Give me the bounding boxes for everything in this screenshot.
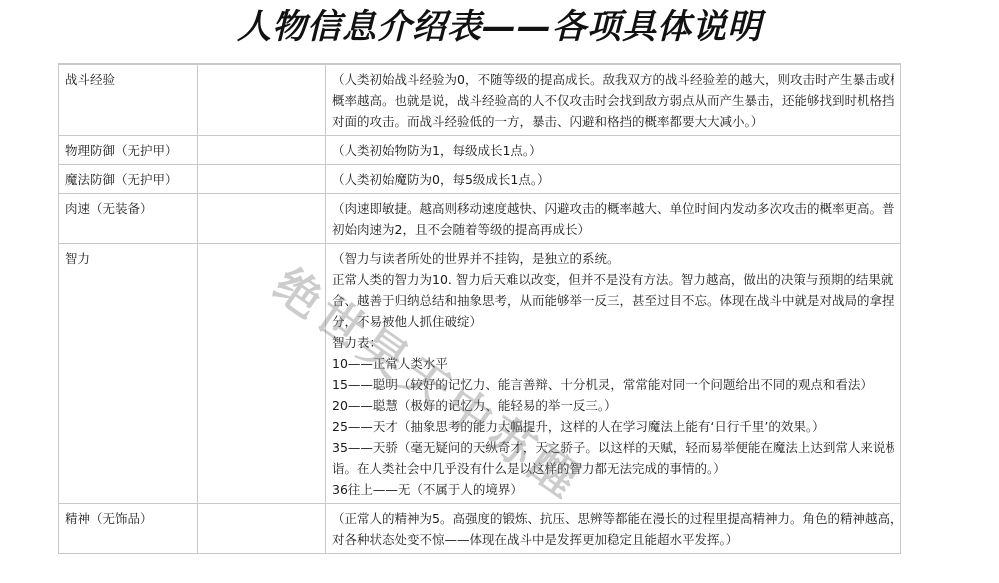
attribute-description: （智力与读者所处的世界并不挂钩，是独立的系统。 正常人类的智力为10. 智力后天… [326, 244, 901, 504]
description-line: 正常人类的智力为10. 智力后天难以改变，但并不是没有方法。智力越高，做出的决策… [332, 269, 894, 290]
intelligence-level-35: 35——天骄（毫无疑问的天纵奇才，天之骄子。以这样的天赋，轻而易举便能在魔法上达… [332, 437, 894, 458]
table-row-intelligence: 智力 （智力与读者所处的世界并不挂钩，是独立的系统。 正常人类的智力为10. 智… [59, 244, 901, 504]
table-row-combat-experience: 战斗经验 （人类初始战斗经验为0，不随等级的提高成长。敌我双方的战斗经验差的越大… [59, 65, 901, 136]
document-title: 人物信息介绍表——各项具体说明 [0, 2, 999, 52]
description-line: 概率越高。也就是说，战斗经验高的人不仅攻击时会找到敌方弱点从而产生暴击，还能够找… [332, 90, 894, 111]
attribute-table: 战斗经验 （人类初始战斗经验为0，不随等级的提高成长。敌我双方的战斗经验差的越大… [58, 63, 901, 554]
description-line: （人类初始魔防为0，每5级成长1点。） [332, 169, 894, 190]
attribute-name: 精神（无饰品） [59, 504, 198, 554]
intelligence-level-10: 10——正常人类水平 [332, 353, 894, 374]
description-line: 分，不易被他人抓住破绽） [332, 311, 894, 332]
attribute-name: 魔法防御（无护甲） [59, 165, 198, 194]
attribute-name: 智力 [59, 244, 198, 504]
attribute-name: 物理防御（无护甲） [59, 136, 198, 165]
table-row-magic-defense: 魔法防御（无护甲） （人类初始魔防为0，每5级成长1点。） [59, 165, 901, 194]
description-line: （人类初始战斗经验为0，不随等级的提高成长。敌我双方的战斗经验差的越大，则攻击时… [332, 69, 894, 90]
attribute-value [198, 504, 326, 554]
description-line: （正常人的精神为5。高强度的锻炼、抗压、思辨等都能在漫长的过程里提高精神力。角色… [332, 508, 894, 529]
attribute-description: （肉速即敏捷。越高则移动速度越快、闪避攻击的概率越大、单位时间内发动多次攻击的概… [326, 194, 901, 244]
intelligence-level-35-cont: 诣。在人类社会中几乎没有什么是以这样的智力都无法完成的事情的。） [332, 458, 894, 479]
table-row-speed: 肉速（无装备） （肉速即敏捷。越高则移动速度越快、闪避攻击的概率越大、单位时间内… [59, 194, 901, 244]
description-line: 对各种状态处变不惊——体现在战斗中是发挥更加稳定且能超水平发挥。） [332, 529, 894, 550]
attribute-value [198, 65, 326, 136]
description-line: 初始肉速为2，且不会随着等级的提高再成长） [332, 219, 894, 240]
description-line: （肉速即敏捷。越高则移动速度越快、闪避攻击的概率越大、单位时间内发动多次攻击的概… [332, 198, 894, 219]
table-row-spirit: 精神（无饰品） （正常人的精神为5。高强度的锻炼、抗压、思辨等都能在漫长的过程里… [59, 504, 901, 554]
table-row-physical-defense: 物理防御（无护甲） （人类初始物防为1，每级成长1点。） [59, 136, 901, 165]
attribute-description: （人类初始魔防为0，每5级成长1点。） [326, 165, 901, 194]
description-line: （人类初始物防为1，每级成长1点。） [332, 140, 894, 161]
attribute-description: （人类初始战斗经验为0，不随等级的提高成长。敌我双方的战斗经验差的越大，则攻击时… [326, 65, 901, 136]
attribute-name: 战斗经验 [59, 65, 198, 136]
attribute-name: 肉速（无装备） [59, 194, 198, 244]
intelligence-table-heading: 智力表： [332, 332, 894, 353]
intelligence-level-20: 20——聪慧（极好的记忆力、能轻易的举一反三。） [332, 395, 894, 416]
description-line: 对面的攻击。而战斗经验低的一方，暴击、闪避和格挡的概率都要大大减小。） [332, 111, 894, 132]
attribute-value [198, 165, 326, 194]
description-line: 合、越善于归纳总结和抽象思考，从而能够举一反三，甚至过目不忘。体现在战斗中就是对… [332, 290, 894, 311]
intelligence-level-15: 15——聪明（较好的记忆力、能言善辩、十分机灵，常常能对同一个问题给出不同的观点… [332, 374, 894, 395]
attribute-value [198, 136, 326, 165]
intelligence-level-36-plus: 36往上——无（不属于人的境界） [332, 479, 894, 500]
attribute-description: （人类初始物防为1，每级成长1点。） [326, 136, 901, 165]
attribute-value [198, 244, 326, 504]
attribute-description: （正常人的精神为5。高强度的锻炼、抗压、思辨等都能在漫长的过程里提高精神力。角色… [326, 504, 901, 554]
attribute-value [198, 194, 326, 244]
intelligence-level-25: 25——天才（抽象思考的能力大幅提升，这样的人在学习魔法上能有‘日行千里’的效果… [332, 416, 894, 437]
description-line: （智力与读者所处的世界并不挂钩，是独立的系统。 [332, 248, 894, 269]
